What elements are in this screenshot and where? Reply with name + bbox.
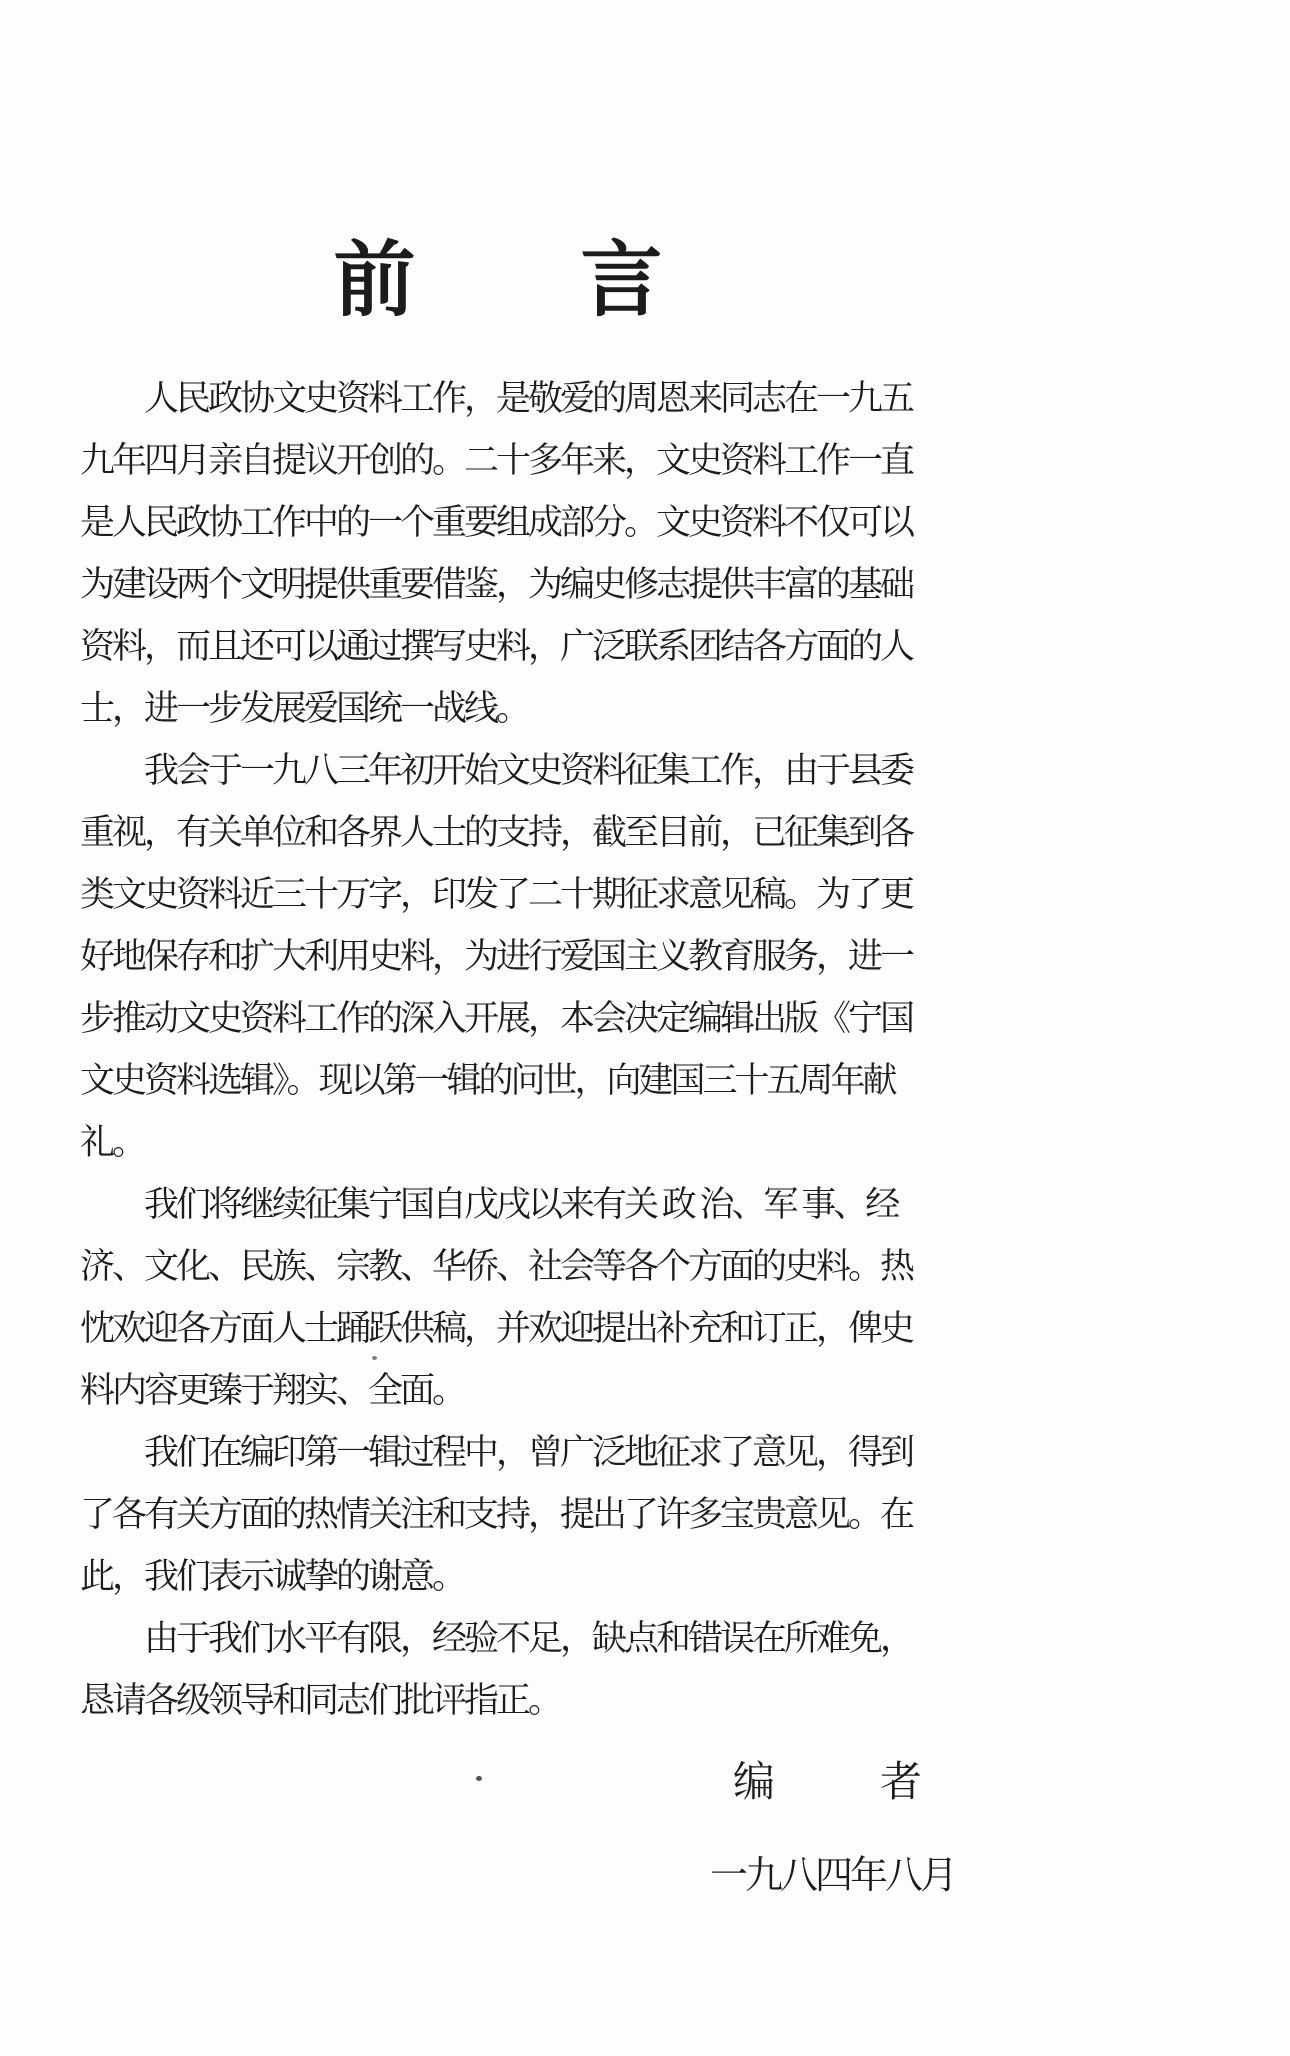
text-line: 礼。 — [80, 1112, 960, 1174]
signature-char-zhe: 者 — [880, 1758, 922, 1808]
text-line: 料内容更臻于翔实、全面。 — [80, 1360, 960, 1422]
scan-speck — [476, 1776, 482, 1781]
scan-speck — [372, 1356, 377, 1360]
text-line: 九年四月亲自提议开创的。二十多年来，文史资料工作一直 — [80, 430, 960, 492]
text-line: 资料，而且还可以通过撰写史料，广泛联系团结各方面的人 — [80, 616, 960, 678]
text-line: 由于我们水平有限，经验不足，缺点和错误在所难免， — [80, 1608, 960, 1670]
text-line: 此，我们表示诚挚的谢意。 — [80, 1546, 960, 1608]
preface-body: 人民政协文史资料工作，是敬爱的周恩来同志在一九五 九年四月亲自提议开创的。二十多… — [80, 368, 960, 1732]
text-line: 步推动文史资料工作的深入开展，本会决定编辑出版《宁国 — [80, 988, 960, 1050]
text-line: 济、文化、民族、宗教、华侨、社会等各个方面的史料。热 — [80, 1236, 960, 1298]
text-line: 我会于一九八三年初开始文史资料征集工作，由于县委 — [80, 740, 960, 802]
text-line: 重视，有关单位和各界人士的支持，截至目前，已征集到各 — [80, 802, 960, 864]
text-line: 好地保存和扩大利用史料，为进行爱国主义教育服务，进一 — [80, 926, 960, 988]
text-line: 士，进一步发展爱国统一战线。 — [80, 678, 960, 740]
text-line: 为建设两个文明提供重要借鉴，为编史修志提供丰富的基础 — [80, 554, 960, 616]
text-line: 忱欢迎各方面人士踊跃供稿，并欢迎提出补充和订正，俾史 — [80, 1298, 960, 1360]
title-char-yan: 言 — [581, 232, 663, 330]
text-line: 我们在编印第一辑过程中，曾广泛地征求了意见，得到 — [80, 1422, 960, 1484]
signature-char-bian: 编 — [733, 1758, 775, 1808]
text-line: 文史资料选辑》。现以第一辑的问世，向建国三十五周年献 — [80, 1050, 960, 1112]
publication-date: 一九八四年八月 — [710, 1852, 955, 1901]
text-line: 我们将继续征集宁国自戊戌以来有关 政 治、军 事、经 — [80, 1174, 960, 1236]
text-line: 恳请各级领导和同志们批评指正。 — [80, 1670, 960, 1732]
text-line: 是人民政协工作中的一个重要组成部分。文史资料不仅可以 — [80, 492, 960, 554]
page-title: 前 言 — [80, 232, 916, 330]
text-line: 人民政协文史资料工作，是敬爱的周恩来同志在一九五 — [80, 368, 960, 430]
text-line: 类文史资料近三十万字，印发了二十期征求意见稿。为了更 — [80, 864, 960, 926]
text-line: 了各有关方面的热情关注和支持，提出了许多宝贵意见。在 — [80, 1484, 960, 1546]
scanned-document-page: 前 言 人民政协文史资料工作，是敬爱的周恩来同志在一九五 九年四月亲自提议开创的… — [0, 0, 1290, 2056]
title-char-qian: 前 — [333, 232, 415, 330]
editor-signature: 编 者 — [733, 1758, 922, 1808]
